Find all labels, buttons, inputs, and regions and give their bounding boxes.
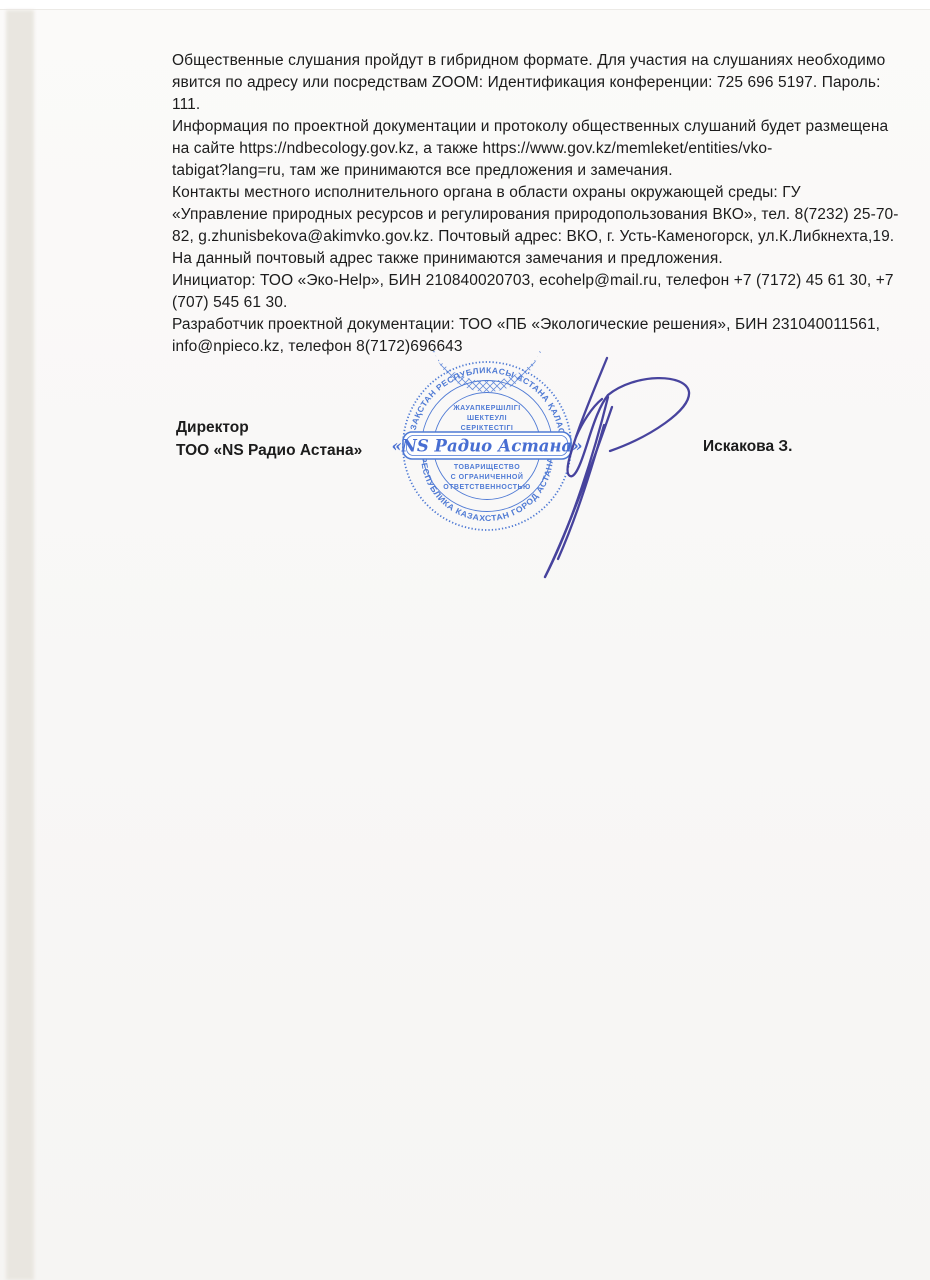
document-text-line: Инициатор: ТОО «Эко-Help», БИН 210840020…	[172, 270, 912, 292]
signer-role: Директор	[176, 417, 362, 440]
document-text-line: 111.	[172, 94, 912, 116]
scan-top-edge	[0, 0, 930, 10]
document-text-line: Разработчик проектной документации: ТОО …	[172, 314, 912, 336]
document-text-line: 82, g.zhunisbekova@akimvko.gov.kz. Почто…	[172, 226, 912, 248]
document-text-line: Информация по проектной документации и п…	[172, 116, 912, 138]
signature-stroke	[545, 397, 608, 577]
document-text-line: явится по адресу или посредствам ZOOM: И…	[172, 72, 912, 94]
document-text-block: Общественные слушания пройдут в гибридно…	[172, 50, 912, 358]
signature-title-block: Директор ТОО «NS Радио Астана»	[176, 417, 362, 462]
document-text-line: (707) 545 61 30.	[172, 292, 912, 314]
document-text-line: tabigat?lang=ru, там же принимаются все …	[172, 160, 912, 182]
document-text-line: на сайте https://ndbecology.gov.kz, а та…	[172, 138, 912, 160]
document-text-line: Общественные слушания пройдут в гибридно…	[172, 50, 912, 72]
scan-edge-shadow	[6, 10, 34, 1280]
scanned-document-page: Общественные слушания пройдут в гибридно…	[0, 0, 930, 1280]
document-text-line: На данный почтовый адрес также принимают…	[172, 248, 912, 270]
handwritten-signature	[500, 345, 720, 590]
document-text-line: Контакты местного исполнительного органа…	[172, 182, 912, 204]
signer-company: ТОО «NS Радио Астана»	[176, 440, 362, 463]
document-text-line: «Управление природных ресурсов и регулир…	[172, 204, 912, 226]
